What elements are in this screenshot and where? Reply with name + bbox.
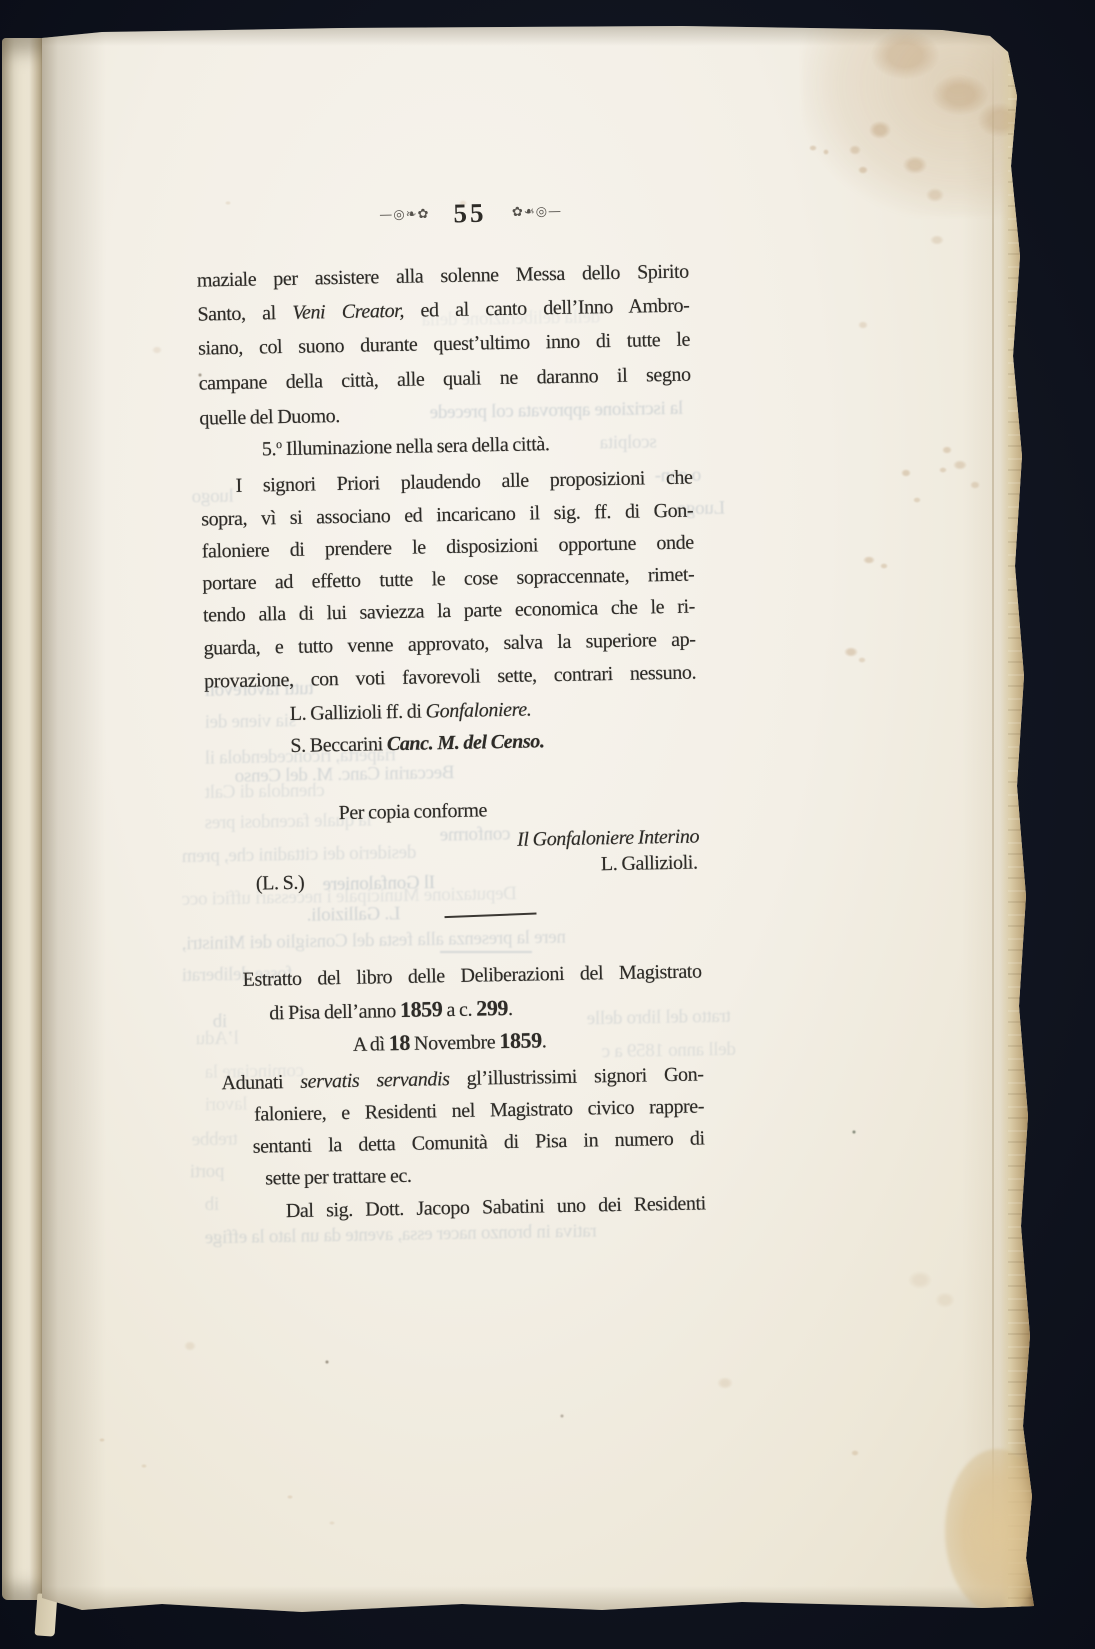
text-line: guarda, e tutto venne approvato, salva l…	[203, 625, 695, 664]
text-line: campane della città, alle quali ne daran…	[198, 360, 690, 399]
foxing-spot	[942, 446, 952, 454]
foxing-spot	[141, 1464, 147, 1468]
foxing-wash-top-right	[802, 0, 1062, 216]
foxing-spot	[970, 481, 980, 489]
foxing-spot	[930, 235, 944, 245]
text-line: A dì 18 Novembre 1859.	[353, 1022, 703, 1058]
text-line: S. Beccarini Canc. M. del Censo.	[290, 723, 697, 760]
foxing-spot	[844, 647, 858, 657]
foxing-spot	[858, 321, 868, 329]
text-line: L. Gallizioli ff. di Gonfaloniere.	[290, 691, 697, 728]
foxing-spot	[871, 31, 939, 79]
text-line: sette per trattare ec.	[265, 1155, 705, 1193]
foxing-spot	[99, 1438, 105, 1442]
foxing-spot	[939, 467, 947, 473]
text-line: Estratto del libro delle Deliberazioni d…	[242, 956, 701, 994]
text-line: Santo, al Veni Creator, ed al canto dell…	[197, 291, 689, 330]
previous-page-edge	[2, 38, 46, 1600]
foxing-spot	[184, 1341, 196, 1351]
foxing-spot	[852, 1130, 856, 1134]
stain-bottom-right	[945, 1449, 1049, 1613]
foxing-spot	[809, 145, 817, 151]
book-page: della deliberazione dellala iscrizione a…	[42, 26, 1034, 1612]
book-scan: della deliberazione dellala iscrizione a…	[0, 0, 1095, 1649]
foxing-spot	[851, 1450, 859, 1456]
foxing-spot	[863, 556, 875, 564]
under-page-edge-line	[992, 46, 994, 1569]
text-line: di Pisa dell’anno 1859 a c. 299.	[269, 989, 702, 1027]
foxing-spot	[926, 188, 944, 202]
foxing-spot	[908, 1271, 932, 1289]
foxing-spot	[858, 657, 866, 663]
text-line: siano, col suono durante quest’ultimo in…	[198, 325, 690, 364]
foxing-spot	[717, 1377, 733, 1389]
text-line: Dal sig. Dott. Jacopo Sabatini uno dei R…	[286, 1188, 706, 1226]
text-line: tendo alla di lui saviezza la parte econ…	[203, 592, 695, 631]
foxing-spot	[849, 145, 861, 155]
text-line: maziale per assistere alla solenne Messa…	[197, 257, 689, 296]
foxing-spot	[953, 460, 967, 470]
foxing-spot	[869, 121, 891, 139]
text-line: 5.o Illuminazione nella sera della città…	[262, 427, 692, 465]
foxing-spot	[880, 563, 888, 569]
text-block: maziale per assistere alla solenne Messa…	[192, 22, 713, 1617]
foxing-spot	[901, 469, 911, 477]
foxing-spot	[913, 497, 921, 503]
text-line: provazione, con voti favorevoli sette, c…	[204, 658, 696, 697]
foxing-spot	[823, 149, 829, 155]
deckle-texture	[1008, 26, 1034, 1612]
foxing-spot	[932, 75, 988, 115]
foxing-spot	[152, 346, 162, 354]
foxing-spot	[858, 166, 868, 174]
text-line: (L. S.)	[256, 860, 700, 898]
text-line: I signori Priori plaudendo alle proposiz…	[235, 463, 692, 501]
foxing-spot	[903, 156, 927, 174]
separator-rule	[445, 913, 537, 919]
foxing-spot	[935, 1292, 955, 1308]
